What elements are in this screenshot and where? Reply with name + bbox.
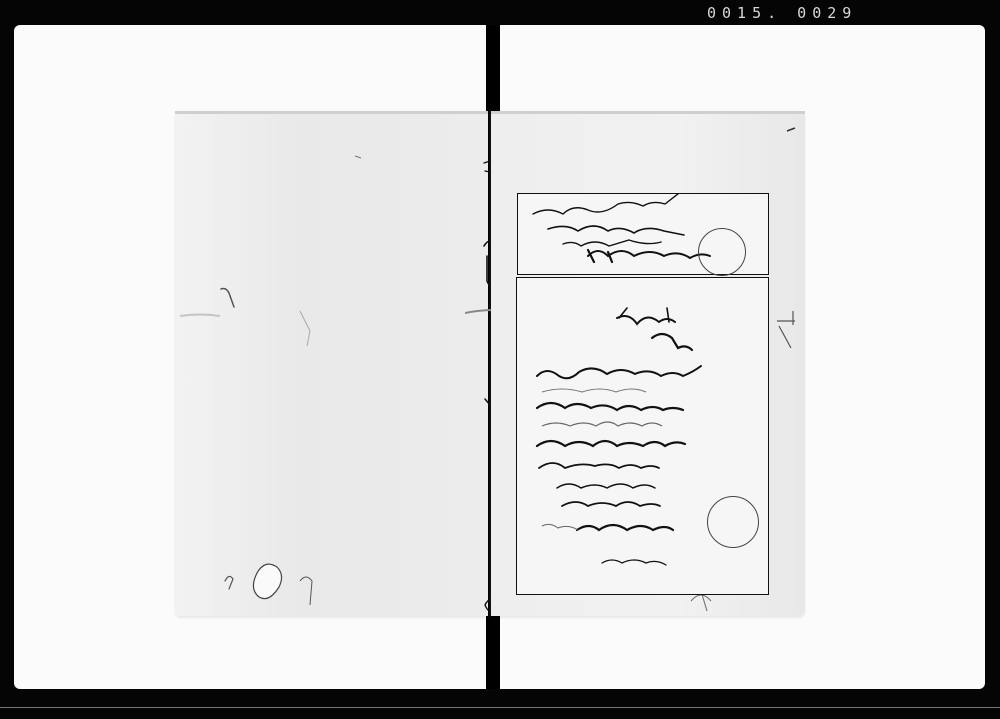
content-label-box: cursive heading (2 short columns) circul… — [516, 277, 769, 595]
left-page-marks — [175, 111, 488, 616]
left-page: blank page with binding stitches and min… — [175, 111, 488, 616]
seal-small — [698, 228, 746, 276]
film-edge-line — [0, 707, 1000, 708]
seal-large — [707, 496, 759, 548]
open-book: blank page with binding stitches and min… — [175, 111, 805, 616]
title-label-box: circular seal — [517, 193, 769, 275]
frame-counter: 0015. 0029 — [707, 4, 857, 22]
